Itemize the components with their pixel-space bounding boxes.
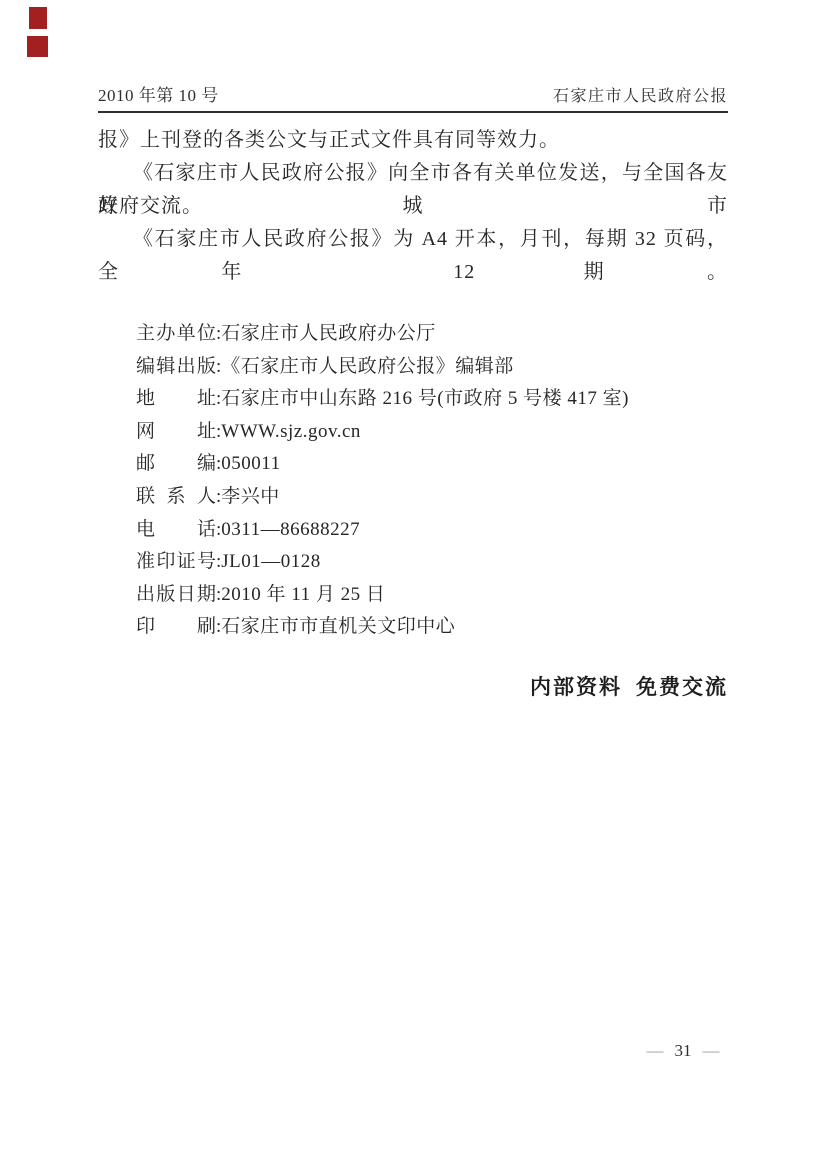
pub-value: 050011 [221, 453, 280, 474]
pub-label: 准印证号 [136, 546, 216, 579]
pub-label: 出版日期 [136, 579, 216, 612]
pub-info-row-sponsor: 主办单位:石家庄市人民政府办公厅 [136, 318, 696, 351]
pub-info-row-editor: 编辑出版:《石家庄市人民政府公报》编辑部 [136, 351, 696, 384]
folio-right-dash: — [703, 1041, 720, 1061]
issue-number: 2010 年第 10 号 [98, 81, 219, 106]
pub-value: 0311—86688227 [221, 519, 360, 540]
pub-value: 石家庄市人民政府办公厅 [221, 323, 436, 344]
pub-label: 网址 [136, 416, 216, 449]
folio-number: 31 [675, 1041, 692, 1061]
running-head: 2010 年第 10 号 石家庄市人民政府公报 [98, 86, 728, 113]
pub-label: 印刷 [136, 611, 216, 644]
pub-value: 2010 年 11 月 25 日 [221, 584, 385, 605]
paragraph-format-line: 《石家庄市人民政府公报》为 A4 开本，月刊，每期 32 页码，全年 12 期。 [98, 223, 728, 256]
red-stamp-mark-bottom [27, 36, 48, 57]
internal-material-notice: 内部资料免费交流 [530, 671, 728, 701]
pub-value: JL01—0128 [221, 551, 321, 572]
pub-info-row-address: 地址:石家庄市中山东路 216 号(市政府 5 号楼 417 室) [136, 383, 696, 416]
pub-label: 编辑出版 [136, 351, 216, 384]
pub-info-row-phone: 电话:0311—86688227 [136, 514, 696, 547]
notice-part2: 免费交流 [636, 676, 728, 699]
pub-label: 主办单位 [136, 318, 216, 351]
red-stamp-mark-top [29, 7, 47, 29]
folio-left-dash: — [647, 1041, 664, 1061]
pub-label: 邮编 [136, 448, 216, 481]
paragraph-continuation-line: 报》上刊登的各类公文与正式文件具有同等效力。 [98, 124, 728, 157]
gazette-page: 2010 年第 10 号 石家庄市人民政府公报 报》上刊登的各类公文与正式文件具… [0, 0, 826, 1169]
body-text: 报》上刊登的各类公文与正式文件具有同等效力。 《石家庄市人民政府公报》向全市各有… [98, 124, 728, 256]
paragraph-distribution-line1: 《石家庄市人民政府公报》向全市各有关单位发送，与全国各友好城市 [98, 157, 728, 190]
pub-label: 地址 [136, 383, 216, 416]
pub-value: WWW.sjz.gov.cn [221, 421, 361, 442]
pub-value: 李兴中 [221, 486, 280, 507]
pub-value: 《石家庄市人民政府公报》编辑部 [221, 356, 514, 377]
notice-part1: 内部资料 [530, 676, 622, 699]
pub-value: 石家庄市中山东路 216 号(市政府 5 号楼 417 室) [221, 388, 629, 409]
pub-info-row-postcode: 邮编:050011 [136, 448, 696, 481]
pub-info-row-printer: 印刷:石家庄市市直机关文印中心 [136, 611, 696, 644]
pub-info-row-pubdate: 出版日期:2010 年 11 月 25 日 [136, 579, 696, 612]
publication-info: 主办单位:石家庄市人民政府办公厅 编辑出版:《石家庄市人民政府公报》编辑部 地址… [136, 318, 696, 644]
pub-info-row-website: 网址:WWW.sjz.gov.cn [136, 416, 696, 449]
pub-info-row-contact: 联系人:李兴中 [136, 481, 696, 514]
page-number: — 31 — [628, 1040, 738, 1062]
pub-info-row-license: 准印证号:JL01—0128 [136, 546, 696, 579]
pub-label: 电话 [136, 514, 216, 547]
pub-value: 石家庄市市直机关文印中心 [221, 616, 455, 637]
pub-label: 联系人 [136, 481, 216, 514]
gazette-title: 石家庄市人民政府公报 [553, 83, 728, 106]
